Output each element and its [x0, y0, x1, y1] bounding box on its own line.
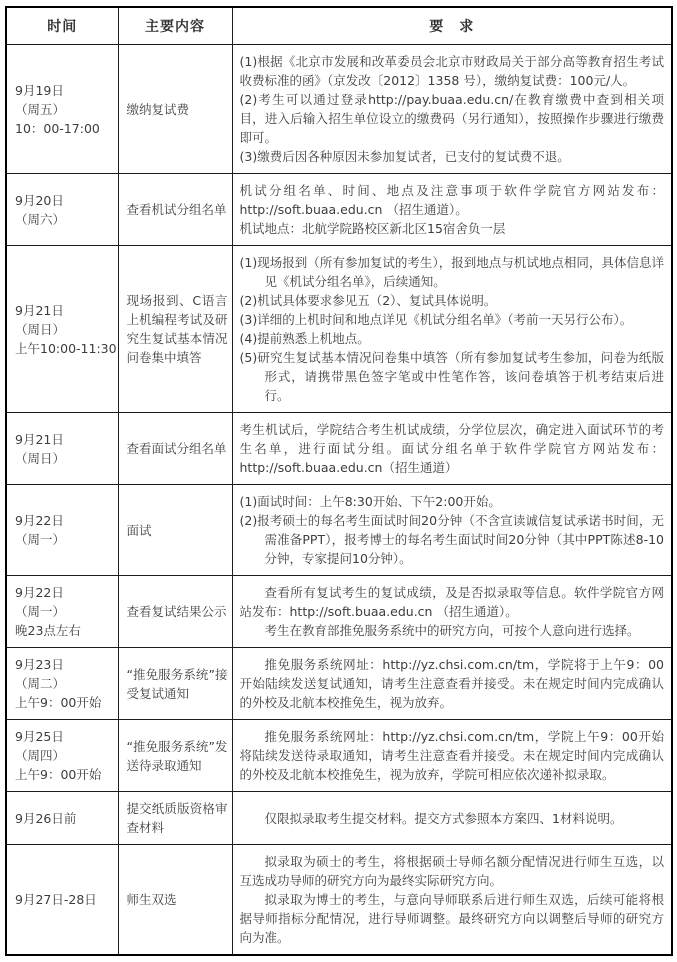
table-row: 9月22日（周一） 面试 (1)面试时间：上午8:30开始、下午2:00开始。(…: [6, 485, 672, 576]
content-cell: 师生双选: [118, 845, 232, 956]
requirement-paragraph: (4)提前熟悉上机地点。: [240, 329, 665, 348]
time-line: 上午9：00开始: [15, 765, 114, 784]
time-cell: 9月22日（周一）晚23点左右: [6, 576, 118, 648]
time-line: 9月23日: [15, 655, 114, 674]
time-line: （周一）: [15, 602, 114, 621]
time-line: （周二）: [15, 674, 114, 693]
time-line: （周六）: [15, 210, 114, 229]
time-line: 9月19日: [15, 81, 114, 100]
time-line: （周四）: [15, 746, 114, 765]
col-header-requirements: 要 求: [232, 7, 672, 45]
content-cell: 现场报到、C语言上机编程考试及研究生复试基本情况问卷集中填答: [118, 246, 232, 413]
content-cell: “推免服务系统”发送待录取通知: [118, 720, 232, 792]
content-text: 查看机试分组名单: [127, 200, 228, 219]
time-cell: 9月25日（周四）上午9：00开始: [6, 720, 118, 792]
time-line: 上午9：00开始: [15, 693, 114, 712]
requirement-paragraph: 考生在教育部推免服务系统中的研究方向，可按个人意向进行选择。: [240, 621, 665, 640]
requirements-cell: 拟录取为硕士的考生，将根据硕士导师名额分配情况进行师生互选，以互选成功导师的研究…: [232, 845, 672, 956]
requirement-paragraph: 拟录取为硕士的考生，将根据硕士导师名额分配情况进行师生互选，以互选成功导师的研究…: [240, 852, 665, 890]
content-cell: 缴纳复试费: [118, 45, 232, 174]
requirements-cell: (1)根据《北京市发展和改革委员会北京市财政局关于部分高等教育招生考试收费标准的…: [232, 45, 672, 174]
time-line: 晚23点左右: [15, 621, 114, 640]
time-cell: 9月27日-28日: [6, 845, 118, 956]
requirements-cell: (1)现场报到（所有参加复试的考生），报到地点与机试地点相同，具体信息详见《机试…: [232, 246, 672, 413]
time-line: 10：00-17:00: [15, 119, 114, 138]
requirement-paragraph: (2)报考硕士的每名考生面试时间20分钟（不含宣读诚信复试承诺书时间，无需准备P…: [240, 511, 665, 568]
content-cell: 查看机试分组名单: [118, 174, 232, 246]
content-text: 提交纸质版资格审查材料: [127, 799, 228, 837]
time-line: （周五）: [15, 100, 114, 119]
time-line: 9月22日: [15, 583, 114, 602]
table-row: 9月27日-28日 师生双选 拟录取为硕士的考生，将根据硕士导师名额分配情况进行…: [6, 845, 672, 956]
time-line: 9月21日: [15, 430, 114, 449]
content-text: 现场报到、C语言上机编程考试及研究生复试基本情况问卷集中填答: [127, 291, 228, 367]
table-row: 9月21日（周日） 查看面试分组名单 考生机试后，学院结合考生机试成绩，分学位层…: [6, 413, 672, 485]
content-cell: 查看面试分组名单: [118, 413, 232, 485]
requirements-cell: 推免服务系统网址：http://yz.chsi.com.cn/tm，学院上午9：…: [232, 720, 672, 792]
requirement-paragraph: (3)详细的上机时间和地点详见《机试分组名单》（考前一天另行公布）。: [240, 310, 665, 329]
requirement-paragraph: 机试分组名单、时间、地点及注意事项于软件学院官方网站发布：http://soft…: [240, 181, 665, 219]
table-row: 9月22日（周一）晚23点左右 查看复试结果公示 查看所有复试考生的复试成绩，及…: [6, 576, 672, 648]
document-page: 时间 主要内容 要 求 9月19日（周五）10：00-17:00 缴纳复试费 (…: [0, 0, 677, 962]
time-line: 9月21日: [15, 301, 114, 320]
requirement-paragraph: (2)考生可以通过登录http://pay.buaa.edu.cn/在教育缴费中…: [240, 90, 665, 147]
requirement-paragraph: 查看所有复试考生的复试成绩，及是否拟录取等信息。软件学院官方网站发布：http:…: [240, 583, 665, 621]
requirement-paragraph: 拟录取为博士的考生，与意向导师联系后进行师生双选，后续可能将根据导师指标分配情况…: [240, 890, 665, 947]
content-text: 面试: [127, 521, 228, 540]
schedule-table: 时间 主要内容 要 求 9月19日（周五）10：00-17:00 缴纳复试费 (…: [5, 6, 673, 956]
header-row: 时间 主要内容 要 求: [6, 7, 672, 45]
time-line: 9月20日: [15, 191, 114, 210]
requirements-cell: 考生机试后，学院结合考生机试成绩，分学位层次，确定进入面试环节的考生名单，进行面…: [232, 413, 672, 485]
requirement-paragraph: 考生机试后，学院结合考生机试成绩，分学位层次，确定进入面试环节的考生名单，进行面…: [240, 420, 665, 477]
content-text: 缴纳复试费: [127, 100, 228, 119]
table-row: 9月19日（周五）10：00-17:00 缴纳复试费 (1)根据《北京市发展和改…: [6, 45, 672, 174]
col-header-time: 时间: [6, 7, 118, 45]
requirement-paragraph: (3)缴费后因各种原因未参加复试者，已支付的复试费不退。: [240, 147, 665, 166]
time-line: 9月27日-28日: [15, 890, 114, 909]
time-cell: 9月21日（周日）上午10:00-11:30: [6, 246, 118, 413]
time-cell: 9月20日（周六）: [6, 174, 118, 246]
requirement-paragraph: 推免服务系统网址：http://yz.chsi.com.cn/tm，学院上午9：…: [240, 727, 665, 784]
time-line: （周日）: [15, 320, 114, 339]
requirements-cell: 查看所有复试考生的复试成绩，及是否拟录取等信息。软件学院官方网站发布：http:…: [232, 576, 672, 648]
time-cell: 9月22日（周一）: [6, 485, 118, 576]
col-header-main-content: 主要内容: [118, 7, 232, 45]
requirement-paragraph: 仅限拟录取考生提交材料。提交方式参照本方案四、1材料说明。: [240, 809, 665, 828]
table-row: 9月21日（周日）上午10:00-11:30 现场报到、C语言上机编程考试及研究…: [6, 246, 672, 413]
requirements-cell: 仅限拟录取考生提交材料。提交方式参照本方案四、1材料说明。: [232, 792, 672, 845]
time-cell: 9月19日（周五）10：00-17:00: [6, 45, 118, 174]
requirements-cell: 机试分组名单、时间、地点及注意事项于软件学院官方网站发布：http://soft…: [232, 174, 672, 246]
requirement-paragraph: (2)机试具体要求参见五（2）、复试具体说明。: [240, 291, 665, 310]
time-line: 9月26日前: [15, 809, 114, 828]
time-cell: 9月26日前: [6, 792, 118, 845]
requirements-cell: (1)面试时间：上午8:30开始、下午2:00开始。(2)报考硕士的每名考生面试…: [232, 485, 672, 576]
content-text: 师生双选: [127, 890, 228, 909]
content-text: “推免服务系统”接受复试通知: [127, 665, 228, 703]
content-cell: 面试: [118, 485, 232, 576]
content-cell: 提交纸质版资格审查材料: [118, 792, 232, 845]
time-line: 上午10:00-11:30: [15, 339, 114, 358]
content-cell: 查看复试结果公示: [118, 576, 232, 648]
requirement-paragraph: 机试地点：北航学院路校区新北区15宿舍负一层: [240, 219, 665, 238]
content-text: “推免服务系统”发送待录取通知: [127, 737, 228, 775]
time-line: 9月25日: [15, 727, 114, 746]
requirement-paragraph: 推免服务系统网址：http://yz.chsi.com.cn/tm，学院将于上午…: [240, 655, 665, 712]
time-line: （周日）: [15, 449, 114, 468]
requirement-paragraph: (5)研究生复试基本情况问卷集中填答（所有参加复试考生参加，问卷为纸版形式，请携…: [240, 348, 665, 405]
time-cell: 9月23日（周二）上午9：00开始: [6, 648, 118, 720]
time-line: （周一）: [15, 530, 114, 549]
time-cell: 9月21日（周日）: [6, 413, 118, 485]
table-row: 9月20日（周六） 查看机试分组名单 机试分组名单、时间、地点及注意事项于软件学…: [6, 174, 672, 246]
content-cell: “推免服务系统”接受复试通知: [118, 648, 232, 720]
requirements-cell: 推免服务系统网址：http://yz.chsi.com.cn/tm，学院将于上午…: [232, 648, 672, 720]
table-row: 9月23日（周二）上午9：00开始 “推免服务系统”接受复试通知 推免服务系统网…: [6, 648, 672, 720]
content-text: 查看面试分组名单: [127, 439, 228, 458]
table-row: 9月26日前 提交纸质版资格审查材料 仅限拟录取考生提交材料。提交方式参照本方案…: [6, 792, 672, 845]
requirement-paragraph: (1)根据《北京市发展和改革委员会北京市财政局关于部分高等教育招生考试收费标准的…: [240, 52, 665, 90]
time-line: 9月22日: [15, 511, 114, 530]
content-text: 查看复试结果公示: [127, 602, 228, 621]
table-body: 9月19日（周五）10：00-17:00 缴纳复试费 (1)根据《北京市发展和改…: [6, 45, 672, 956]
requirement-paragraph: (1)现场报到（所有参加复试的考生），报到地点与机试地点相同，具体信息详见《机试…: [240, 253, 665, 291]
table-row: 9月25日（周四）上午9：00开始 “推免服务系统”发送待录取通知 推免服务系统…: [6, 720, 672, 792]
requirement-paragraph: (1)面试时间：上午8:30开始、下午2:00开始。: [240, 492, 665, 511]
